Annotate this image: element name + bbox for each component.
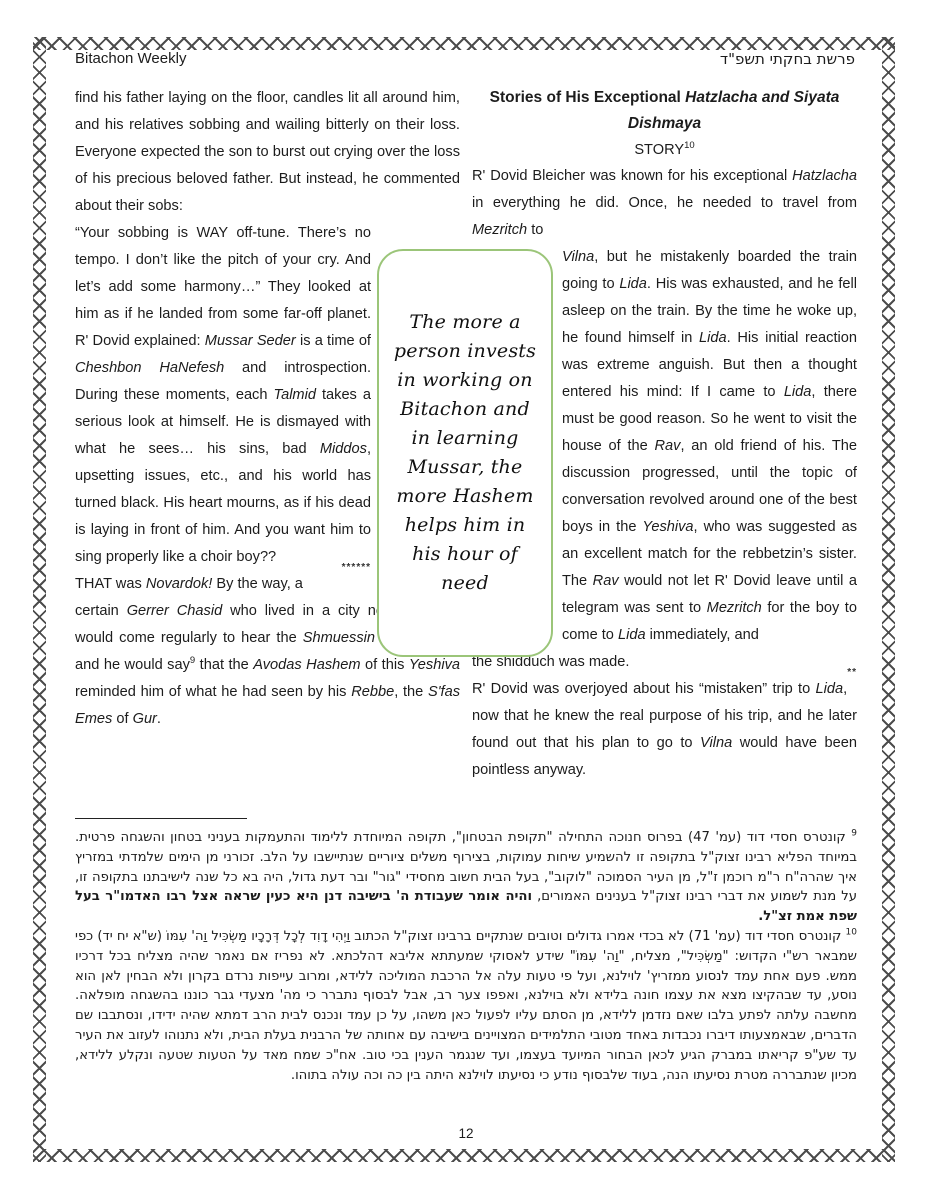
paragraph-wrapped: “Your sobbing is WAY off-tune. There’s n… xyxy=(75,220,371,598)
paragraph: R' Dovid Bleicher was known for his exce… xyxy=(472,163,857,244)
section-heading: Stories of His Exceptional Hatzlacha and… xyxy=(472,85,857,137)
parsha-title-hebrew: פרשת בחקתי תשפ"ד xyxy=(720,50,855,68)
pull-quote-text: The more a person invests in working on … xyxy=(379,302,551,604)
page-header: Bitachon Weekly פרשת בחקתי תשפ"ד xyxy=(75,50,855,68)
page-border-top xyxy=(33,37,895,50)
paragraph: R' Dovid was overjoyed about his “mistak… xyxy=(472,676,857,784)
footnotes-section: 9 קונטרס חסדי דוד (עמ' 47) בפרוס חנוכה ה… xyxy=(75,818,857,1085)
pull-quote-box: The more a person invests in working on … xyxy=(377,249,553,657)
page-number: 12 xyxy=(75,1126,857,1141)
footnote-separator xyxy=(75,818,247,819)
paragraph-wrapped: Vilna, but he mistakenly boarded the tra… xyxy=(562,244,857,649)
newsletter-title: Bitachon Weekly xyxy=(75,50,186,68)
page-border-bottom xyxy=(33,1149,895,1162)
paragraph: find his father laying on the floor, can… xyxy=(75,85,460,220)
story-subheading: STORY10 xyxy=(472,137,857,163)
footnote-10: 10 קונטרס חסדי דוד (עמ' 71) לא בכדי אמרו… xyxy=(75,927,857,1085)
page-border-right xyxy=(882,37,895,1162)
footnote-9: 9 קונטרס חסדי דוד (עמ' 47) בפרוס חנוכה ה… xyxy=(75,828,857,927)
page-border-left xyxy=(33,37,46,1162)
